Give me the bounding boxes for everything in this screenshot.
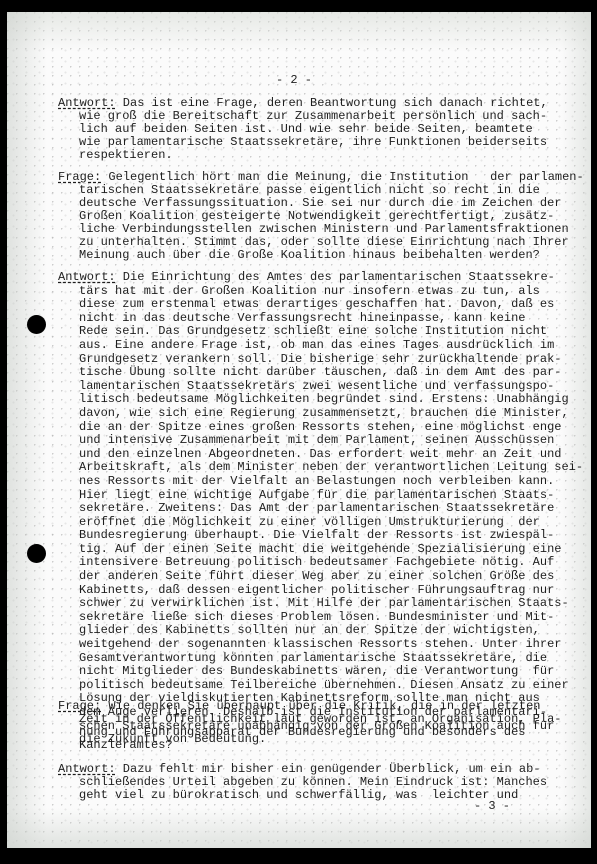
- line-text: politisch bedeutsame Teilbereiche überne…: [79, 678, 569, 692]
- line-text: geht viel zu bürokratisch und schwerfäll…: [79, 788, 518, 802]
- text-line: sekretäre. Zweitens: Das Amt der parlame…: [58, 502, 583, 516]
- line-text: nicht Mitglieder des Bundeskabinetts wär…: [79, 664, 554, 678]
- line-text: sekretäre. Zweitens: Das Amt der parlame…: [79, 501, 554, 515]
- line-text: Das ist eine Frage, deren Beantwortung s…: [116, 96, 548, 110]
- text-line: weitgehend der sogenannten klassischen R…: [58, 638, 583, 652]
- text-line: tische Übung sollte nicht darüber täusch…: [58, 366, 583, 380]
- line-text: Kabinetts, daß dessen eigentlicher polit…: [79, 583, 554, 597]
- text-line: Kanzleramtes?: [58, 739, 561, 752]
- line-text: liche Verbindungsstellen zwischen Minist…: [79, 222, 569, 236]
- text-line: die an der Spitze eines großen Ressorts …: [58, 421, 583, 435]
- text-line: schwer zu verwirklichen ist. Mit Hilfe d…: [58, 597, 583, 611]
- line-text: nung und Führungsapparat der Bundesregie…: [79, 725, 525, 739]
- text-line: politisch bedeutsame Teilbereiche überne…: [58, 679, 583, 693]
- line-text: schließendes Urteil abgeben zu können. M…: [79, 775, 547, 789]
- scan-noise-bottom: [7, 808, 591, 848]
- text-line: und den einzelnen Abgeordneten. Das erfo…: [58, 448, 583, 462]
- question-label: Frage:: [58, 170, 101, 184]
- text-line: nicht in das deutsche Verfassungsrecht h…: [58, 312, 583, 326]
- line-text: tische Übung sollte nicht darüber täusch…: [79, 365, 561, 379]
- punch-hole-upper: [27, 315, 46, 334]
- text-line: und intensive Zusammenarbeit mit dem Par…: [58, 434, 583, 448]
- line-text: die an der Spitze eines großen Ressorts …: [79, 420, 561, 434]
- line-text: Arbeitskraft, als dem Minister neben der…: [79, 460, 583, 474]
- line-text: lich auf beiden Seiten ist. Und wie sehr…: [79, 122, 533, 136]
- line-text: Hier liegt eine wichtige Aufgabe für die…: [79, 488, 554, 502]
- line-text: weitgehend der sogenannten klassischen R…: [79, 637, 561, 651]
- page-number-footer: - 3 -: [474, 800, 510, 813]
- line-text: wie groß die Bereitschaft zur Zusammenar…: [79, 109, 547, 123]
- scan-noise-left: [7, 12, 47, 848]
- line-text: litisch bedeutsame Möglichkeiten begründ…: [79, 392, 569, 406]
- line-text: diese zum erstenmal etwas derartiges ges…: [79, 297, 554, 311]
- line-text: Gelegentlich hört man die Meinung, die I…: [101, 170, 583, 184]
- text-line: glieder des Kabinetts sollten nur an der…: [58, 624, 583, 638]
- line-text: nes Ressorts mit der Vielfalt an Belastu…: [79, 474, 554, 488]
- line-text: Großen Koalition gesteigerte Notwendigke…: [79, 209, 554, 223]
- punch-hole-lower: [27, 544, 46, 563]
- line-text: Kanzleramtes?: [79, 738, 173, 752]
- line-text: der anderen Seite führt dieser Weg aber …: [79, 569, 554, 583]
- text-line: Rede sein. Das Grundgesetz schließt eine…: [58, 325, 583, 339]
- answer-block-1: Antwort: Das ist eine Frage, deren Beant…: [58, 97, 548, 162]
- line-text: deutsche Verfassungssituation. Sie sei n…: [79, 196, 561, 210]
- text-line: Kabinetts, daß dessen eigentlicher polit…: [58, 584, 583, 598]
- answer-label: Antwort:: [58, 762, 116, 776]
- typewritten-text: - 2 - Antwort: Das ist eine Frage, deren…: [0, 0, 597, 130]
- text-line: Gesamtverantwortung könnten parlamentari…: [58, 652, 583, 666]
- line-text: Zeit in der Öffentlichkeit laut geworden…: [79, 712, 561, 726]
- page-number-header: - 2 -: [276, 74, 312, 87]
- question-label: Frage:: [58, 699, 101, 713]
- line-text: Grundgesetz verankern soll. Die bisherig…: [79, 352, 561, 366]
- line-text: und intensive Zusammenarbeit mit dem Par…: [79, 433, 554, 447]
- line-text: zu unterhalten. Stimmt das, oder sollte …: [79, 235, 569, 249]
- text-line: tig. Auf der einen Seite macht die weitg…: [58, 543, 583, 557]
- line-text: Dazu fehlt mir bisher ein genügender Übe…: [116, 762, 541, 776]
- line-text: wie parlamentarische Staatssekretäre, ih…: [79, 135, 547, 149]
- line-text: Meinung auch über die Große Koalition hi…: [79, 248, 540, 262]
- line-text: tarischen Staatssekretäre passe eigentli…: [79, 183, 540, 197]
- text-line: intensivere Betreuung politisch bedeutsa…: [58, 556, 583, 570]
- text-line: Antwort: Die Einrichtung des Amtes des p…: [58, 271, 583, 285]
- text-line: Meinung auch über die Große Koalition hi…: [58, 249, 584, 262]
- line-text: tig. Auf der einen Seite macht die weitg…: [79, 542, 561, 556]
- text-line: Hier liegt eine wichtige Aufgabe für die…: [58, 489, 583, 503]
- question-block-1: Frage: Gelegentlich hört man die Meinung…: [58, 171, 584, 262]
- line-text: und den einzelnen Abgeordneten. Das erfo…: [79, 447, 561, 461]
- text-line: tärs hat mit der Großen Koalition nur in…: [58, 285, 583, 299]
- answer-block-3: Antwort: Dazu fehlt mir bisher ein genüg…: [58, 763, 547, 802]
- text-line: respektieren.: [58, 149, 548, 162]
- answer-block-2: Antwort: Die Einrichtung des Amtes des p…: [58, 271, 583, 747]
- line-text: tärs hat mit der Großen Koalition nur in…: [79, 284, 540, 298]
- line-text: Die Einrichtung des Amtes des parlamenta…: [116, 270, 555, 284]
- line-text: sekretäre ließe sich dieses Problem löse…: [79, 610, 554, 624]
- line-text: Gesamtverantwortung könnten parlamentari…: [79, 651, 547, 665]
- question-block-2: Frage: Wie denken Sie überhaupt über die…: [58, 700, 561, 752]
- text-line: der anderen Seite führt dieser Weg aber …: [58, 570, 583, 584]
- text-line: eröffnet die Möglichkeit zu einer völlig…: [58, 516, 583, 530]
- text-line: nes Ressorts mit der Vielfalt an Belastu…: [58, 475, 583, 489]
- text-line: litisch bedeutsame Möglichkeiten begründ…: [58, 393, 583, 407]
- answer-label: Antwort:: [58, 270, 116, 284]
- text-line: Grundgesetz verankern soll. Die bisherig…: [58, 353, 583, 367]
- text-line: aus. Eine andere Frage ist, ob man das e…: [58, 339, 583, 353]
- text-line: diese zum erstenmal etwas derartiges ges…: [58, 298, 583, 312]
- text-line: davon, wie sich eine Regierung zusammens…: [58, 407, 583, 421]
- line-text: aus. Eine andere Frage ist, ob man das e…: [79, 338, 554, 352]
- text-line: sekretäre ließe sich dieses Problem löse…: [58, 611, 583, 625]
- line-text: Bundesregierung überhaupt. Die Vielfalt …: [79, 528, 554, 542]
- line-text: schwer zu verwirklichen ist. Mit Hilfe d…: [79, 596, 569, 610]
- line-text: lamentarischen Staatssekretärs zwei wese…: [79, 379, 554, 393]
- text-line: lamentarischen Staatssekretärs zwei wese…: [58, 380, 583, 394]
- line-text: nicht in das deutsche Verfassungsrecht h…: [79, 311, 525, 325]
- text-line: Bundesregierung überhaupt. Die Vielfalt …: [58, 529, 583, 543]
- line-text: davon, wie sich eine Regierung zusammens…: [79, 406, 569, 420]
- line-text: Wie denken Sie überhaupt über die Kritik…: [101, 699, 540, 713]
- line-text: eröffnet die Möglichkeit zu einer völlig…: [79, 515, 540, 529]
- answer-label: Antwort:: [58, 96, 116, 110]
- text-line: nicht Mitglieder des Bundeskabinetts wär…: [58, 665, 583, 679]
- line-text: Rede sein. Das Grundgesetz schließt eine…: [79, 324, 547, 338]
- line-text: glieder des Kabinetts sollten nur an der…: [79, 623, 540, 637]
- text-line: Arbeitskraft, als dem Minister neben der…: [58, 461, 583, 475]
- line-text: respektieren.: [79, 148, 173, 162]
- line-text: intensivere Betreuung politisch bedeutsa…: [79, 555, 554, 569]
